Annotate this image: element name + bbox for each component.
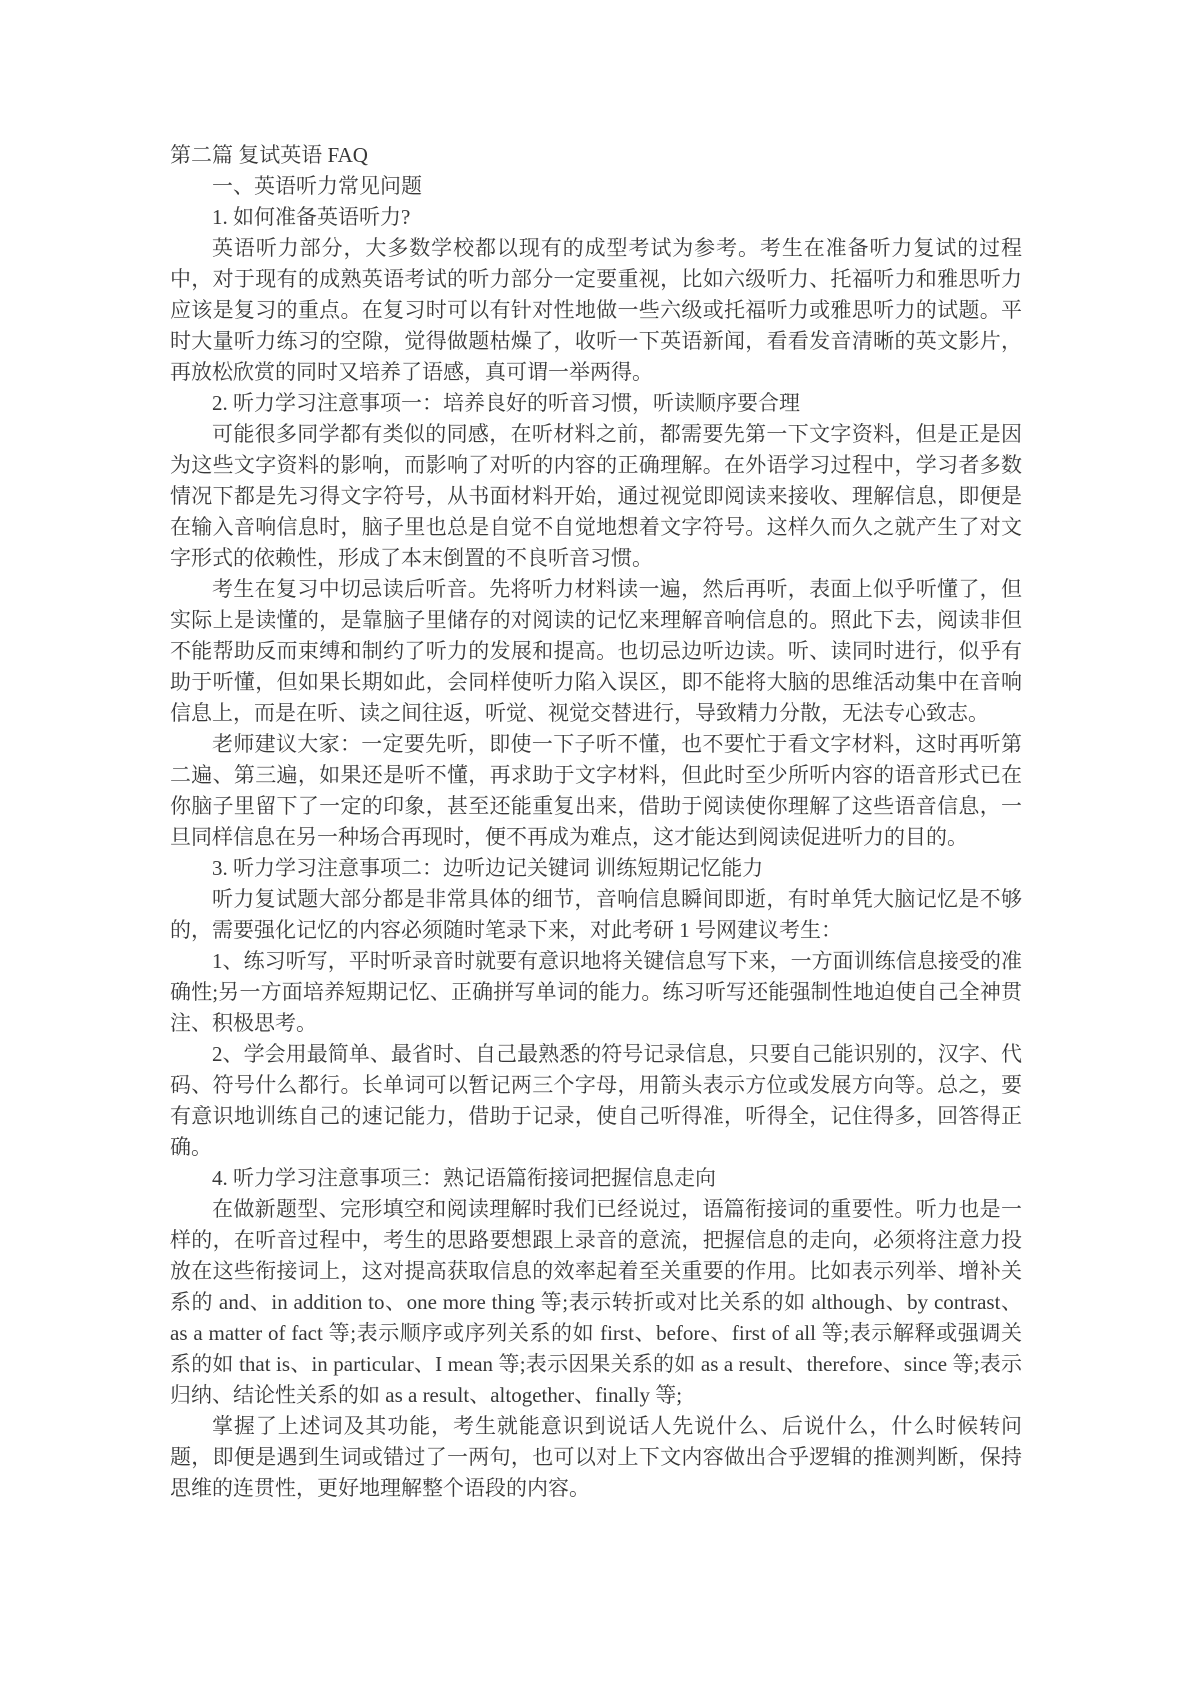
question-heading-2: 2. 听力学习注意事项一：培养良好的听音习惯，听读顺序要合理 (170, 388, 1022, 419)
paragraph-teacher-advice: 老师建议大家：一定要先听，即使一下子听不懂，也不要忙于看文字材料，这时再听第二遍… (170, 729, 1022, 853)
paragraph-listening-prep: 英语听力部分，大多数学校都以现有的成型考试为参考。考生在准备听力复试的过程中，对… (170, 233, 1022, 388)
paragraph-text-material-habit: 可能很多同学都有类似的同感，在听材料之前，都需要先第一下文字资料，但是正是因为这… (170, 419, 1022, 574)
document-title: 第二篇 复试英语 FAQ (170, 140, 1022, 171)
question-heading-1: 1. 如何准备英语听力? (170, 202, 1022, 233)
paragraph-dictation-practice: 1、练习听写，平时听录音时就要有意识地将关键信息写下来，一方面训练信息接受的准确… (170, 946, 1022, 1039)
paragraph-symbol-shorthand: 2、学会用最简单、最省时、自己最熟悉的符号记录信息，只要自己能识别的，汉字、代码… (170, 1039, 1022, 1163)
paragraph-conclusion: 掌握了上述词及其功能，考生就能意识到说话人先说什么、后说什么，什么时候转问题，即… (170, 1411, 1022, 1504)
document-page: 第二篇 复试英语 FAQ 一、英语听力常见问题 1. 如何准备英语听力? 英语听… (0, 0, 1189, 1683)
section-heading-listening-faq: 一、英语听力常见问题 (170, 171, 1022, 202)
paragraph-cohesive-words: 在做新题型、完形填空和阅读理解时我们已经说过，语篇衔接词的重要性。听力也是一样的… (170, 1194, 1022, 1411)
question-heading-3: 3. 听力学习注意事项二：边听边记关键词 训练短期记忆能力 (170, 853, 1022, 884)
question-heading-4: 4. 听力学习注意事项三：熟记语篇衔接词把握信息走向 (170, 1163, 1022, 1194)
paragraph-note-taking-intro: 听力复试题大部分都是非常具体的细节，音响信息瞬间即逝，有时单凭大脑记忆是不够的，… (170, 884, 1022, 946)
paragraph-avoid-read-then-listen: 考生在复习中切忌读后听音。先将听力材料读一遍，然后再听，表面上似乎听懂了，但实际… (170, 574, 1022, 729)
